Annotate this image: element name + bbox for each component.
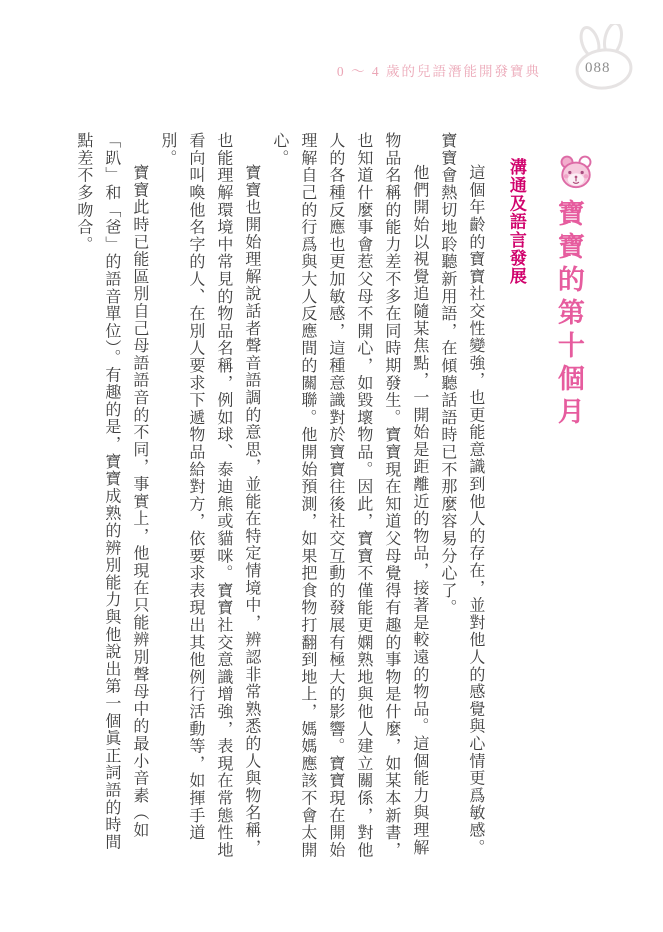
page-number-badge: 088 — [563, 24, 645, 92]
page-header: 0 ～ 4 歲的兒語潛能開發寶典 088 — [0, 0, 663, 100]
book-title: 0 ～ 4 歲的兒語潛能開發寶典 — [337, 60, 541, 80]
article: 寶寶的第十個月 溝通及語言發展 這個年齡的寶寶社交性變強，也更能意識到他人的存在… — [81, 132, 605, 866]
section-heading: 溝通及語言發展 — [497, 132, 535, 866]
page-number: 088 — [585, 60, 611, 77]
body-paragraph-4: 寶寶此時已能區別自己母語語音的不同，事實上，他現在只能辨別聲母中的最小音素（如「… — [69, 132, 153, 866]
chapter-title-text: 寶寶的第十個月 — [554, 199, 584, 430]
bear-icon — [557, 154, 595, 190]
body-paragraph-2: 他們開始以視覺追隨某焦點，一開始是距離近的物品，接著是較遠的物品。這個能力與理解… — [265, 132, 433, 866]
body-paragraph-3: 寶寶也開始理解說話者聲音語調的意思，並能在特定情境中，辨認非常熟悉的人與物名稱，… — [153, 132, 265, 866]
rabbit-icon — [563, 24, 645, 92]
book-page: 0 ～ 4 歲的兒語潛能開發寶典 088 寶寶的第十個月 溝通及語言發展 這個年… — [0, 0, 663, 932]
chapter-title: 寶寶的第十個月 — [547, 132, 595, 866]
body-paragraph-1: 這個年齡的寶寶社交性變強，也更能意識到他人的存在，並對他人的感覺與心情更爲敏感。… — [433, 132, 489, 866]
